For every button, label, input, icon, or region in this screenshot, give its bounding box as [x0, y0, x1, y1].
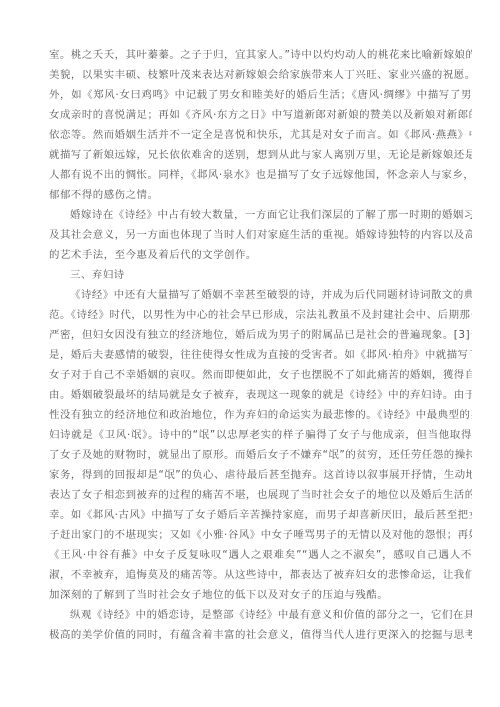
text-line: 及其社会意义，另一方面也体现了当时人们对家庭生活的重视。婚嫁诗独特的内容以及高超	[49, 225, 472, 245]
text-line: 女成亲时的喜悦满足；再如《齐风·东方之日》中写道新郎对新娘的赞美以及新娘对新郎的	[49, 105, 472, 125]
text-line: 极高的美学价值的同时，有蕴含着丰富的社会意义，值得当代人进行更深入的挖掘与思考。	[49, 625, 472, 645]
text-line: 室。桃之夭夭，其叶蓁蓁。之子于归，宜其家人。”诗中以灼灼动人的桃花来比喻新嫁娘的	[49, 45, 472, 65]
paragraph-wedding-poems-summary: 婚嫁诗在《诗经》中占有较大数量，一方面它让我们深层的了解了那一时期的婚姻习俗 及…	[49, 205, 472, 265]
text-line: 人都有说不出的惆怅。同样，《邶风·泉水》也是描写了女子远嫁他国，怀念亲人与家乡，	[49, 165, 472, 185]
text-line: 淑，不幸被弃，追悔莫及的痛苦等。从这些诗中，都表达了被弃妇女的悲惨命运，让我们更	[49, 565, 472, 585]
section-heading: 三、弃妇诗	[49, 265, 472, 285]
text-line: 纵观《诗经》中的婚恋诗，是整部《诗经》中最有意义和价值的部分之一，它们在具有	[49, 605, 472, 625]
text-line: 《王风·中谷有蓷》中女子反复咏叹“遇人之艰难矣”“遇人之不淑矣”，感叹自己遇人不	[49, 545, 472, 565]
paragraph-conclusion: 纵观《诗经》中的婚恋诗，是整部《诗经》中最有意义和价值的部分之一，它们在具有 极…	[49, 605, 472, 645]
text-line: 就描写了新娘远嫁，兄长依依难舍的送别，想到从此与家人离别万里，无论是新嫁娘还是亲	[49, 145, 472, 165]
document-page: 室。桃之夭夭，其叶蓁蓁。之子于归，宜其家人。”诗中以灼灼动人的桃花来比喻新嫁娘的…	[49, 45, 472, 645]
text-line: 由。婚姻破裂最坏的结局就是女子被弃，表现这一现象的就是《诗经》中的弃妇诗。由于女	[49, 385, 472, 405]
text-line: 妇诗就是《卫风·氓》。诗中的“氓”以忠厚老实的样子骗得了女子与他成亲，但当他取得	[49, 425, 472, 445]
text-line: 表达了女子相恋到被弃的过程的痛苦不堪，也展现了当时社会女子的地位以及婚后生活的不	[49, 485, 472, 505]
text-line: 郁郁不得的感伤之情。	[49, 185, 472, 205]
text-line: 美貌，以果实丰硕、枝繁叶茂来表达对新嫁娘会给家族带来人丁兴旺、家业兴盛的祝愿。此	[49, 65, 472, 85]
text-line: 家务，得到的回报却是“氓”的负心、虐待最后甚至抛弃。这首诗以叙事展开抒情，生动地	[49, 465, 472, 485]
text-line: 幸。如《邶风·古风》中描写了女子婚后辛苦操持家庭，而男子却喜新厌旧，最后甚至把女	[49, 505, 472, 525]
text-line: 子赶出家门的不堪现实；又如《小雅·谷风》中女子唾骂男子的无情以及对他的怨恨；再如	[49, 525, 472, 545]
text-line: 严密，但妇女因没有独立的经济地位，婚后成为男子的附属品已是社会的普遍现象。[3]…	[49, 325, 472, 345]
paragraph-abandoned-wife-poems: 《诗经》中还有大量描写了婚姻不幸甚至破裂的诗，并成为后代同题材诗词散文的典 范。…	[49, 285, 472, 605]
paragraph-continuation: 室。桃之夭夭，其叶蓁蓁。之子于归，宜其家人。”诗中以灼灼动人的桃花来比喻新嫁娘的…	[49, 45, 472, 205]
text-line: 外，如《郑风·女曰鸡鸣》中记载了男女和睦美好的婚后生活；《唐风·绸缪》中描写了男	[49, 85, 472, 105]
text-line: 婚嫁诗在《诗经》中占有较大数量，一方面它让我们深层的了解了那一时期的婚姻习俗	[49, 205, 472, 225]
text-line: 《诗经》中还有大量描写了婚姻不幸甚至破裂的诗，并成为后代同题材诗词散文的典	[49, 285, 472, 305]
text-line: 依恋等。然而婚姻生活并不一定全是喜悦和快乐，尤其是对女子而言。如《邶风·燕燕》中	[49, 125, 472, 145]
text-line: 了女子及她的财物时，就显出了原形。而婚后女子不嫌弃“氓”的贫穷，还任劳任怨的操持	[49, 445, 472, 465]
text-line: 性没有独立的经济地位和政治地位，作为弃妇的命运实为最悲惨的。《诗经》中最典型的弃	[49, 405, 472, 425]
text-line: 女子对于自己不幸婚姻的哀叹。然而即便如此，女子也摆脱不了如此痛苦的婚姻，獲得自	[49, 365, 472, 385]
text-line: 的艺术手法，至今惠及着后代的文学创作。	[49, 245, 472, 265]
text-line: 范。《诗经》时代，以男性为中心的社会早已形成，宗法礼教虽不及封建社会中、后期那么	[49, 305, 472, 325]
text-line: 是，婚后夫妻感情的破裂，往往使得女性成为直接的受害者。如《邶风·柏舟》中就描写了	[49, 345, 472, 365]
text-line: 加深刻的了解到了当时社会女子地位的低下以及对女子的压迫与残酷。	[49, 585, 472, 605]
